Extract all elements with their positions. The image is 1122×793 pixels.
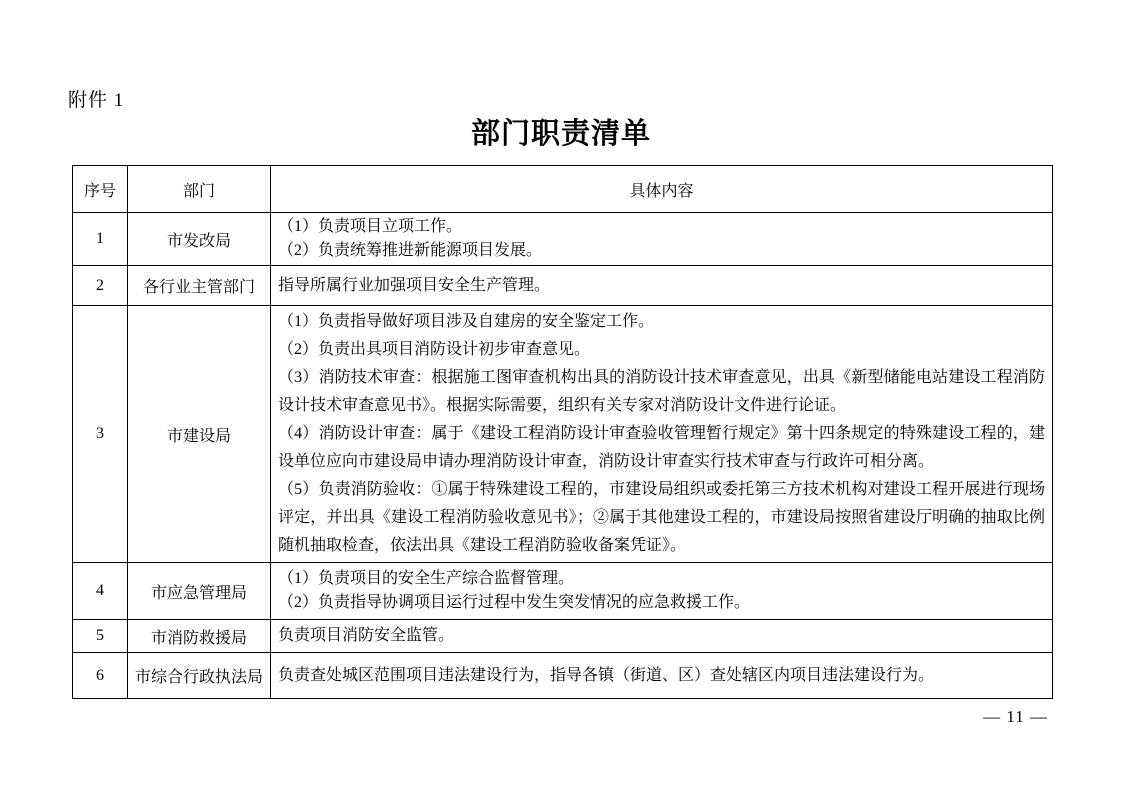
duty-paragraph: （2）负责统筹推进新能源项目发展。 — [278, 239, 1045, 263]
row-number: 2 — [73, 266, 128, 306]
table-header-row: 序号 部门 具体内容 — [73, 166, 1053, 213]
attachment-label: 附件 1 — [68, 85, 124, 112]
table-row: 1 市发改局 （1）负责项目立项工作。 （2）负责统筹推进新能源项目发展。 — [73, 213, 1053, 266]
responsibility-table: 序号 部门 具体内容 1 市发改局 （1）负责项目立项工作。 （2）负责统筹推进… — [72, 165, 1053, 699]
page-number: — 11 — — [983, 707, 1048, 727]
duty-paragraph: （2）负责出具项目消防设计初步审查意见。 — [278, 336, 1045, 364]
document-page: { "doc": { "attachment_label": "附件 1", "… — [0, 0, 1122, 793]
duty-content: （1）负责项目立项工作。 （2）负责统筹推进新能源项目发展。 — [271, 213, 1053, 266]
table-row: 5 市消防救援局 负责项目消防安全监管。 — [73, 620, 1053, 653]
duty-content: 指导所属行业加强项目安全生产管理。 — [271, 266, 1053, 306]
row-number: 4 — [73, 563, 128, 620]
duty-content: （1）负责项目的安全生产综合监督管理。 （2）负责指导协调项目运行过程中发生突发… — [271, 563, 1053, 620]
duty-paragraph: （1）负责项目立项工作。 — [278, 215, 1045, 239]
department-name: 各行业主管部门 — [128, 266, 271, 306]
column-header-dept: 部门 — [128, 166, 271, 213]
row-number: 3 — [73, 306, 128, 563]
row-number: 1 — [73, 213, 128, 266]
duty-paragraph: （3）消防技术审查：根据施工图审查机构出具的消防设计技术审查意见，出具《新型储能… — [278, 364, 1045, 420]
duty-paragraph: 负责查处城区范围项目违法建设行为，指导各镇（街道、区）查处辖区内项目违法建设行为… — [278, 664, 1045, 688]
duty-paragraph: （4）消防设计审查：属于《建设工程消防设计审查验收管理暂行规定》第十四条规定的特… — [278, 420, 1045, 476]
table-row: 4 市应急管理局 （1）负责项目的安全生产综合监督管理。 （2）负责指导协调项目… — [73, 563, 1053, 620]
duty-paragraph: （1）负责项目的安全生产综合监督管理。 — [278, 567, 1045, 591]
table-row: 2 各行业主管部门 指导所属行业加强项目安全生产管理。 — [73, 266, 1053, 306]
department-name: 市建设局 — [128, 306, 271, 563]
duty-paragraph: （1）负责指导做好项目涉及自建房的安全鉴定工作。 — [278, 308, 1045, 336]
row-number: 5 — [73, 620, 128, 653]
department-name: 市应急管理局 — [128, 563, 271, 620]
department-name: 市综合行政执法局 — [128, 653, 271, 699]
duty-paragraph: 负责项目消防安全监管。 — [278, 624, 1045, 648]
column-header-no: 序号 — [73, 166, 128, 213]
column-header-content: 具体内容 — [271, 166, 1053, 213]
table-row: 3 市建设局 （1）负责指导做好项目涉及自建房的安全鉴定工作。 （2）负责出具项… — [73, 306, 1053, 563]
duty-paragraph: （5）负责消防验收：①属于特殊建设工程的，市建设局组织或委托第三方技术机构对建设… — [278, 476, 1045, 560]
duty-paragraph: （2）负责指导协调项目运行过程中发生突发情况的应急救援工作。 — [278, 591, 1045, 615]
duty-content: 负责查处城区范围项目违法建设行为，指导各镇（街道、区）查处辖区内项目违法建设行为… — [271, 653, 1053, 699]
department-name: 市发改局 — [128, 213, 271, 266]
duty-paragraph: 指导所属行业加强项目安全生产管理。 — [278, 274, 1045, 298]
row-number: 6 — [73, 653, 128, 699]
department-name: 市消防救援局 — [128, 620, 271, 653]
duty-content: 负责项目消防安全监管。 — [271, 620, 1053, 653]
page-title: 部门职责清单 — [0, 111, 1122, 152]
duty-content: （1）负责指导做好项目涉及自建房的安全鉴定工作。 （2）负责出具项目消防设计初步… — [271, 306, 1053, 563]
table-row: 6 市综合行政执法局 负责查处城区范围项目违法建设行为，指导各镇（街道、区）查处… — [73, 653, 1053, 699]
